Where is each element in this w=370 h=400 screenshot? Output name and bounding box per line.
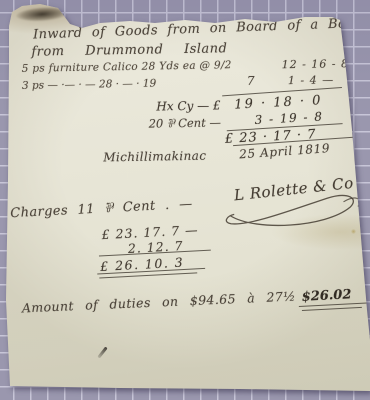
- charges-label: Charges 11 ⅌ Cent . —: [10, 194, 193, 222]
- entry-1-amount: 12 - 16 - 8: [282, 57, 350, 71]
- heading-line-1: Inward of Goods from on Board of a Boat: [33, 16, 360, 42]
- entry-2-description: 3 ps — ·— · — 28 · — · 19: [22, 77, 156, 91]
- entry-2-amount-col2: 1 - 4 —: [288, 73, 334, 87]
- paper-shadow-wrap: Inward of Goods from on Board of a Boat …: [0, 0, 370, 400]
- place-name: Michillimakinac: [103, 149, 206, 165]
- photo-of-manuscript: Inward of Goods from on Board of a Boat …: [0, 0, 370, 400]
- duties-underline-2: [302, 307, 362, 311]
- heading-line-2: from Drummond Island: [31, 41, 227, 59]
- duties-text: Amount of duties on $94.65 à 27½: [22, 289, 296, 316]
- duties-result: $26.02: [301, 287, 351, 305]
- manuscript-paper: Inward of Goods from on Board of a Boat …: [0, 0, 370, 400]
- percent-20-label: 20 ⅌ Cent —: [149, 115, 222, 131]
- entry-1-description: 5 ps furniture Calico 28 Yds ea @ 9/2: [22, 59, 232, 75]
- entry-2-amount-col1: 7: [247, 74, 255, 88]
- handwriting-layer: Inward of Goods from on Board of a Boat …: [0, 0, 370, 400]
- currency-label: Hx Cy — £: [156, 98, 221, 113]
